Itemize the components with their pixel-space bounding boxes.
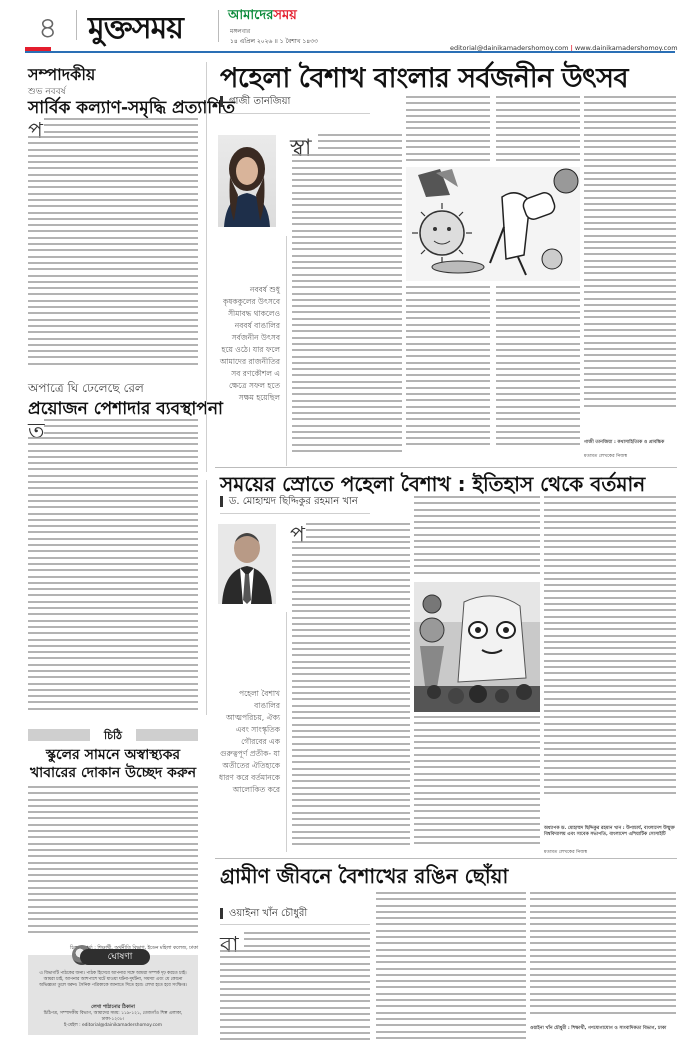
editorial2-body-text <box>44 419 198 435</box>
article2-disclaimer: মতামত লেখকের নিজস্ব <box>544 848 587 856</box>
notice-text: এ বিভাগটি পাঠকের জন্য। পাঠক হিসেবে আপনার… <box>36 971 190 989</box>
article3-headline: গ্রামীণ জীবনে বৈশাখের রঙিন ছোঁয়া <box>220 862 508 895</box>
notice-badge: ঘোষণা <box>80 949 150 965</box>
article2-body-text <box>544 496 676 804</box>
paper-logo-part2: সময় <box>273 8 296 23</box>
notice-box: ঘোষণা এ বিভাগটি পাঠকের জন্য। পাঠক হিসেবে… <box>28 955 198 1035</box>
article1-body-text <box>406 286 490 454</box>
letters-header-bar <box>136 729 198 741</box>
article3-body-text <box>244 932 370 948</box>
column-divider <box>206 62 207 472</box>
masthead-divider <box>76 10 77 40</box>
article3-body-text <box>376 892 526 1046</box>
article1-body-text <box>496 96 580 166</box>
article1-author-note: গাজী তানজিয়া : কথাসাহিত্যিক ও প্রাবন্ধি… <box>584 438 664 446</box>
masthead: ৪ মুক্তসময় আমাদেরসময় মঙ্গলবার ১৪ এপ্রি… <box>0 0 700 52</box>
masthead-rule <box>25 51 675 53</box>
letter-headline: স্কুলের সামনে অস্বাস্থ্যকর খাবারের দোকান… <box>28 746 198 782</box>
article1-byline: গাজী তানজিয়া <box>220 96 290 107</box>
article3-body-text <box>220 950 370 1046</box>
article1-body-text <box>292 154 402 464</box>
letter-body-text <box>28 786 198 942</box>
article1-body-text <box>584 96 676 416</box>
article1-pullquote: নববর্ষ শুধু কৃষককুলের উৎসবে সীমাবদ্ধ থাক… <box>218 284 280 404</box>
article1-body-text <box>496 286 580 454</box>
editorial2-body-text <box>28 437 198 719</box>
author-photo-siddiqur-rahman-khan <box>218 524 276 604</box>
article1-body-text <box>406 96 490 166</box>
article2-body-text <box>292 541 410 853</box>
letters-header-bar <box>28 729 90 741</box>
column-divider <box>206 480 207 715</box>
column-divider <box>286 236 287 466</box>
article2-body-text <box>414 716 540 852</box>
column-divider <box>286 612 287 852</box>
letters-section-header: চিঠি <box>28 727 198 741</box>
article3-byline: ওয়াইনা খাঁন চৌধুরী <box>220 908 307 919</box>
article1-disclaimer: মতামত লেখকের নিজস্ব <box>584 452 627 460</box>
editorial-body-text <box>28 136 198 376</box>
pohela-boishakh-illustration <box>406 167 580 281</box>
notice-address-line: চিঠিপত্র, সম্পাদকীয় বিভাগ, আমাদের সময়:… <box>36 1011 190 1023</box>
byline-rule <box>220 513 370 514</box>
editorial-body-text <box>44 118 198 134</box>
article-separator <box>215 467 677 468</box>
article1-body-text <box>318 134 402 152</box>
notice-address: চিঠিপত্র, সম্পাদকীয় বিভাগ, আমাদের সময়:… <box>36 1011 190 1029</box>
author-photo-gazi-tanzia <box>218 135 276 227</box>
paper-logo-part1: আমাদের <box>228 8 273 23</box>
mangal-shobhajatra-photo <box>414 582 540 712</box>
article2-pullquote: পহেলা বৈশাখ বাঙালির আত্মপরিচয়, ঐক্য এবং… <box>218 688 280 796</box>
article-separator <box>215 858 677 859</box>
section-title: মুক্তসময় <box>88 4 183 55</box>
article2-author-note: অধ্যাপক ড. মোহাম্মদ ছিদ্দিকুর রহমান খান … <box>544 826 676 838</box>
issue-date: ১৪ এপ্রিল ২০২৬ ॥ ১ বৈশাখ ১৪৩৩ <box>230 36 318 47</box>
article2-byline: ড. মোহাম্মদ ছিদ্দিকুর রহমান খান <box>220 496 358 507</box>
letters-label: চিঠি <box>98 727 128 746</box>
byline-rule <box>220 924 370 925</box>
article2-body-text <box>306 523 410 539</box>
paper-logo: আমাদেরসময় <box>228 6 297 27</box>
notice-email-link[interactable]: ই-মেইল : editorial@dainikamadershomoy.co… <box>36 1023 190 1029</box>
article3-author-note: ওয়াইনা খাঁন চৌধুরী : শিক্ষার্থী, গণযোগা… <box>530 1026 676 1032</box>
article2-body-text <box>414 496 540 578</box>
byline-rule <box>220 113 370 114</box>
article3-body-text <box>530 892 676 1022</box>
masthead-divider <box>218 10 219 42</box>
